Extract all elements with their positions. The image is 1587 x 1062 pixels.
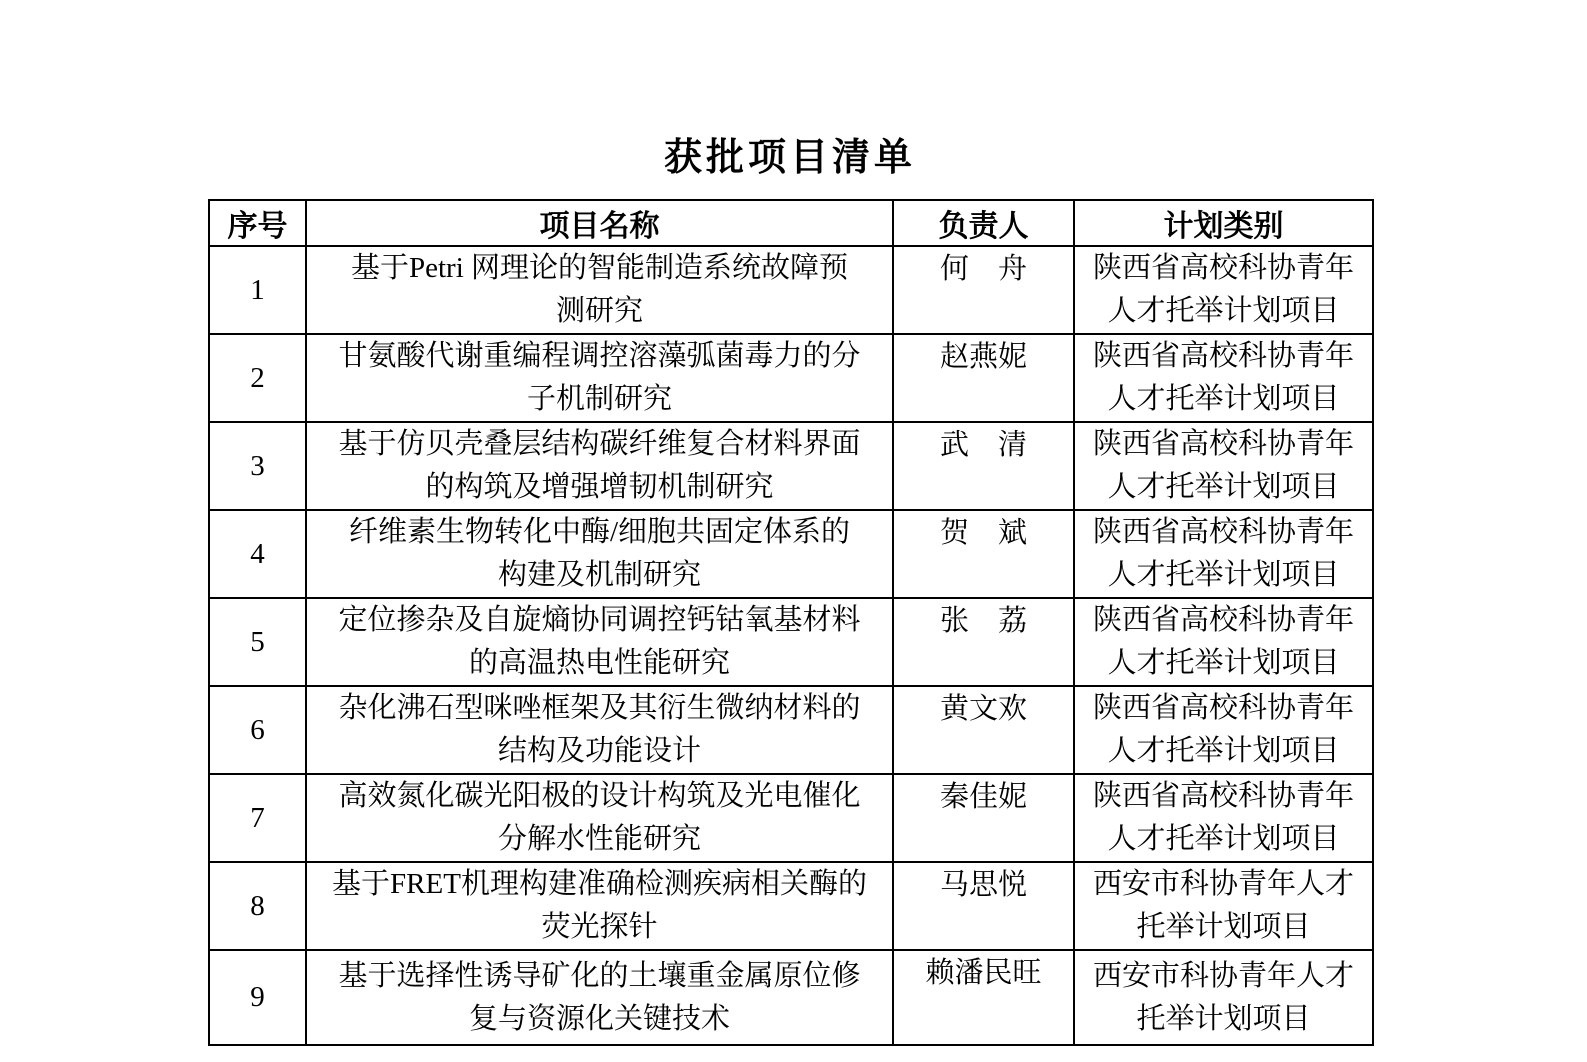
table-row: 3 基于仿贝壳叠层结构碳纤维复合材料界面 的构筑及增强增韧机制研究 武 清 陕西… bbox=[209, 422, 1373, 510]
table-row: 6 杂化沸石型咪唑框架及其衍生微纳材料的 结构及功能设计 黄文欢 陕西省高校科协… bbox=[209, 686, 1373, 774]
document-title: 获批项目清单 bbox=[208, 126, 1372, 174]
cell-index: 4 bbox=[209, 510, 306, 598]
cell-leader: 张 荔 bbox=[893, 598, 1074, 686]
cell-index: 9 bbox=[209, 950, 306, 1045]
cell-category: 西安市科协青年人才 托举计划项目 bbox=[1074, 950, 1373, 1045]
cell-leader: 赖潘民旺 bbox=[893, 950, 1074, 1045]
header-cell-project: 项目名称 bbox=[306, 200, 893, 246]
cell-category: 陕西省高校科协青年 人才托举计划项目 bbox=[1074, 598, 1373, 686]
cell-project-name: 甘氨酸代谢重编程调控溶藻弧菌毒力的分 子机制研究 bbox=[306, 334, 893, 422]
cell-leader: 赵燕妮 bbox=[893, 334, 1074, 422]
cell-category: 西安市科协青年人才 托举计划项目 bbox=[1074, 862, 1373, 950]
cell-project-name: 基于FRET机理构建准确检测疾病相关酶的 荧光探针 bbox=[306, 862, 893, 950]
cell-index: 2 bbox=[209, 334, 306, 422]
table-row: 1 基于Petri 网理论的智能制造系统故障预 测研究 何 舟 陕西省高校科协青… bbox=[209, 246, 1373, 334]
cell-project-name: 纤维素生物转化中酶/细胞共固定体系的 构建及机制研究 bbox=[306, 510, 893, 598]
header-cell-index: 序号 bbox=[209, 200, 306, 246]
table-row: 8 基于FRET机理构建准确检测疾病相关酶的 荧光探针 马思悦 西安市科协青年人… bbox=[209, 862, 1373, 950]
cell-project-name: 基于Petri 网理论的智能制造系统故障预 测研究 bbox=[306, 246, 893, 334]
cell-category: 陕西省高校科协青年 人才托举计划项目 bbox=[1074, 422, 1373, 510]
projects-table: 序号 项目名称 负责人 计划类别 1 基于Petri 网理论的智能制造系统故障预… bbox=[208, 199, 1374, 1046]
cell-index: 8 bbox=[209, 862, 306, 950]
table-row: 5 定位掺杂及自旋熵协同调控钙钴氧基材料 的高温热电性能研究 张 荔 陕西省高校… bbox=[209, 598, 1373, 686]
cell-category: 陕西省高校科协青年 人才托举计划项目 bbox=[1074, 246, 1373, 334]
cell-category: 陕西省高校科协青年 人才托举计划项目 bbox=[1074, 334, 1373, 422]
table-row: 4 纤维素生物转化中酶/细胞共固定体系的 构建及机制研究 贺 斌 陕西省高校科协… bbox=[209, 510, 1373, 598]
cell-category: 陕西省高校科协青年 人才托举计划项目 bbox=[1074, 774, 1373, 862]
cell-leader: 何 舟 bbox=[893, 246, 1074, 334]
cell-leader: 黄文欢 bbox=[893, 686, 1074, 774]
cell-category: 陕西省高校科协青年 人才托举计划项目 bbox=[1074, 510, 1373, 598]
cell-index: 3 bbox=[209, 422, 306, 510]
document-page: 获批项目清单 序号 项目名称 负责人 计划类别 1 基于Petri 网理论的智能… bbox=[208, 0, 1372, 1046]
cell-project-name: 杂化沸石型咪唑框架及其衍生微纳材料的 结构及功能设计 bbox=[306, 686, 893, 774]
cell-project-name: 基于仿贝壳叠层结构碳纤维复合材料界面 的构筑及增强增韧机制研究 bbox=[306, 422, 893, 510]
cell-project-name: 高效氮化碳光阳极的设计构筑及光电催化 分解水性能研究 bbox=[306, 774, 893, 862]
cell-leader: 武 清 bbox=[893, 422, 1074, 510]
table-row: 9 基于选择性诱导矿化的土壤重金属原位修 复与资源化关键技术 赖潘民旺 西安市科… bbox=[209, 950, 1373, 1045]
cell-project-name: 定位掺杂及自旋熵协同调控钙钴氧基材料 的高温热电性能研究 bbox=[306, 598, 893, 686]
table-header-row: 序号 项目名称 负责人 计划类别 bbox=[209, 200, 1373, 246]
cell-leader: 秦佳妮 bbox=[893, 774, 1074, 862]
table-row: 2 甘氨酸代谢重编程调控溶藻弧菌毒力的分 子机制研究 赵燕妮 陕西省高校科协青年… bbox=[209, 334, 1373, 422]
header-cell-leader: 负责人 bbox=[893, 200, 1074, 246]
cell-index: 5 bbox=[209, 598, 306, 686]
cell-index: 7 bbox=[209, 774, 306, 862]
table-row: 7 高效氮化碳光阳极的设计构筑及光电催化 分解水性能研究 秦佳妮 陕西省高校科协… bbox=[209, 774, 1373, 862]
cell-project-name: 基于选择性诱导矿化的土壤重金属原位修 复与资源化关键技术 bbox=[306, 950, 893, 1045]
cell-category: 陕西省高校科协青年 人才托举计划项目 bbox=[1074, 686, 1373, 774]
cell-index: 1 bbox=[209, 246, 306, 334]
cell-index: 6 bbox=[209, 686, 306, 774]
header-cell-category: 计划类别 bbox=[1074, 200, 1373, 246]
cell-leader: 马思悦 bbox=[893, 862, 1074, 950]
cell-leader: 贺 斌 bbox=[893, 510, 1074, 598]
